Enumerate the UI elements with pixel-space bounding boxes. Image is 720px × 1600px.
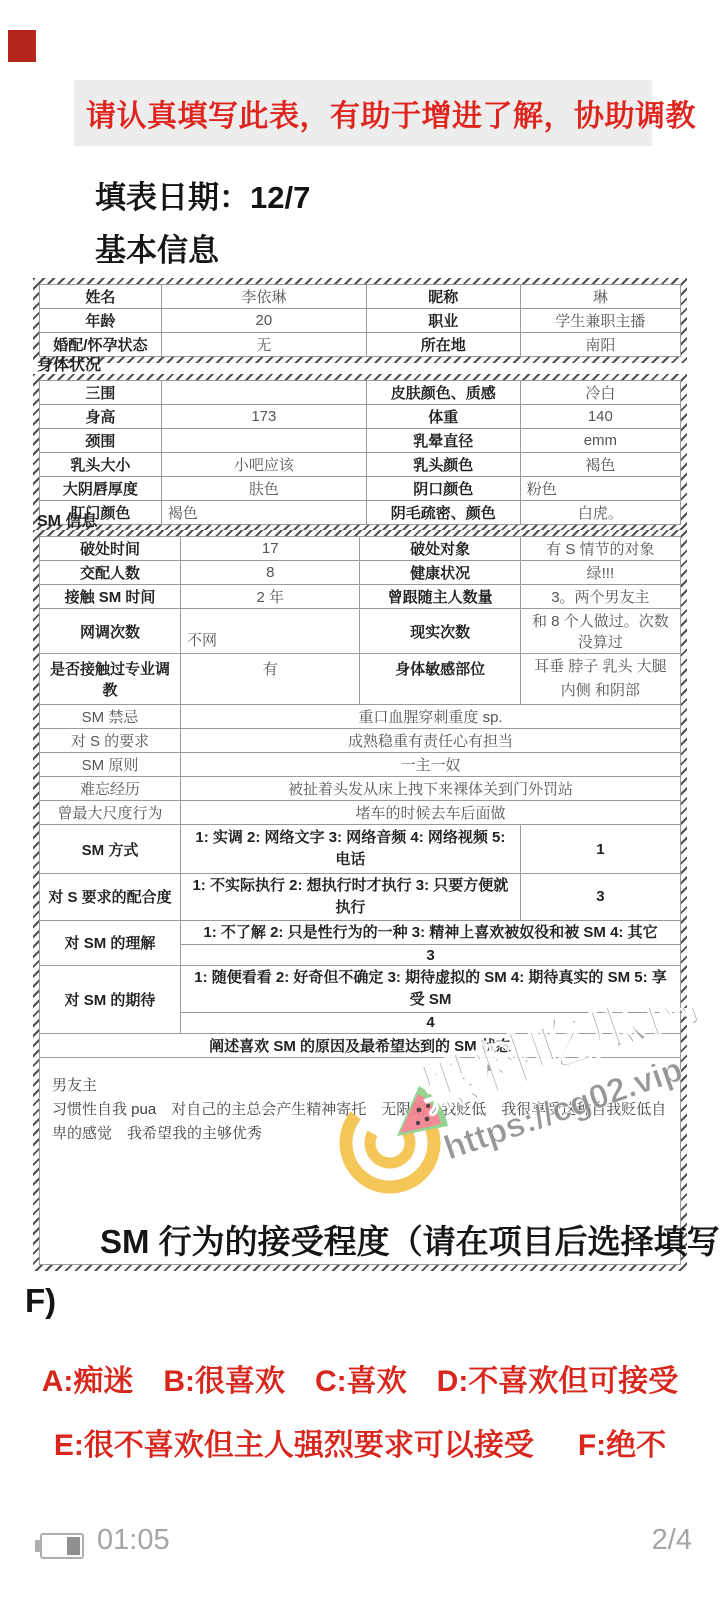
table-row: 难忘经历被扯着头发从床上拽下来裸体关到门外罚站 xyxy=(40,777,681,801)
table-cell: 不网 xyxy=(181,609,360,654)
notice-band: 请认真填写此表，有助于增进了解，协助调教 xyxy=(74,80,652,146)
table-row: 婚配/怀孕状态无所在地南阳 xyxy=(40,333,681,357)
table-cell: 3。两个男友主 xyxy=(520,585,680,609)
table-cell: 白虎。 xyxy=(520,501,680,525)
acceptance-legend-row2: E:很不喜欢但主人强烈要求可以接受 F:绝不 xyxy=(0,1420,720,1464)
table-cell: 4 xyxy=(181,1012,681,1033)
table-cell: 接触 SM 时间 xyxy=(40,585,181,609)
table-cell: 是否接触过专业调教 xyxy=(40,654,181,705)
legend-item: B:很喜欢 xyxy=(163,1356,285,1400)
table-cell: 冷白 xyxy=(520,381,680,405)
table-row: 破处时间17破处对象有 S 情节的对象 xyxy=(40,537,681,561)
battery-nub xyxy=(35,1540,40,1552)
table-cell: 小吧应该 xyxy=(161,453,366,477)
table-row: 身高173体重140 xyxy=(40,405,681,429)
table-cell: 173 xyxy=(161,405,366,429)
table-row: 肛门颜色褐色阴毛疏密、颜色白虎。 xyxy=(40,501,681,525)
sm-choice-rows: SM 方式 1: 实调 2: 网络文字 3: 网络音频 4: 网络视频 5: 电… xyxy=(40,825,681,1265)
table-cell: 琳 xyxy=(520,285,680,309)
table-cell: 1: 不实际执行 2: 想执行时才执行 3: 只要方便就执行 xyxy=(181,874,521,921)
table-cell: 无 xyxy=(161,333,366,357)
legend-item: C:喜欢 xyxy=(315,1356,407,1400)
table-row: 对 S 要求的配合度 1: 不实际执行 2: 想执行时才执行 3: 只要方便就执… xyxy=(40,874,681,921)
table-row: 大阴唇厚度肤色阴口颜色粉色 xyxy=(40,477,681,501)
table-cell: 一主一奴 xyxy=(181,753,681,777)
table-cell: 3 xyxy=(181,945,681,966)
body-condition-table: 三围皮肤颜色、质感冷白身高173体重140颈围乳晕直径emm乳头大小小吧应该乳头… xyxy=(33,374,687,531)
table-row: 对 S 的要求成熟稳重有责任心有担当 xyxy=(40,729,681,753)
acceptance-heading-line1: SM 行为的接受程度（请在项目后选择填写 A 至 xyxy=(100,1216,720,1263)
reader-time: 01:05 xyxy=(97,1524,170,1557)
table-cell: 皮肤颜色、质感 xyxy=(366,381,520,405)
section-title-sm: SM 信息 xyxy=(37,508,97,531)
table-row: 网调次数 不网 现实次数 和 8 个人做过。次数没算过 xyxy=(40,609,681,654)
table-cell: 南阳 xyxy=(520,333,680,357)
body-rows: 三围皮肤颜色、质感冷白身高173体重140颈围乳晕直径emm乳头大小小吧应该乳头… xyxy=(40,381,681,525)
table-cell: 有 xyxy=(181,654,360,705)
page-indicator: 2/4 xyxy=(652,1524,692,1557)
table-row: 三围皮肤颜色、质感冷白 xyxy=(40,381,681,405)
table-cell: SM 原则 xyxy=(40,753,181,777)
table-cell: 成熟稳重有责任心有担当 xyxy=(181,729,681,753)
table-cell: 140 xyxy=(520,405,680,429)
red-marker xyxy=(8,30,36,62)
essay-line: 习惯性自我 pua 对自己的主总会产生精神寄托 无限的自我贬低 我很享受这种自我… xyxy=(52,1098,668,1146)
table-cell: 学生兼职主播 xyxy=(520,309,680,333)
notice-text: 请认真填写此表，有助于增进了解，协助调教 xyxy=(74,91,696,135)
table-cell: 昵称 xyxy=(366,285,520,309)
table-cell: 2 年 xyxy=(181,585,360,609)
table-cell: 8 xyxy=(181,561,360,585)
reader-page[interactable]: 请认真填写此表，有助于增进了解，协助调教 填表日期：12/7 基本信息 姓名李依… xyxy=(0,0,720,1600)
table-cell: 重口血腥穿刺重度 sp. xyxy=(181,705,681,729)
table-cell: SM 禁忌 xyxy=(40,705,181,729)
sm-top-rows: 破处时间17破处对象有 S 情节的对象交配人数8健康状况绿!!!接触 SM 时间… xyxy=(40,537,681,609)
sm-table: 破处时间17破处对象有 S 情节的对象交配人数8健康状况绿!!!接触 SM 时间… xyxy=(39,536,681,1265)
table-row: 颈围乳晕直径emm xyxy=(40,429,681,453)
table-row: SM 方式 1: 实调 2: 网络文字 3: 网络音频 4: 网络视频 5: 电… xyxy=(40,825,681,874)
legend-item: A:痴迷 xyxy=(42,1356,134,1400)
table-cell: 身体敏感部位 xyxy=(360,654,520,705)
legend-item: D:不喜欢但可接受 xyxy=(437,1356,679,1400)
table-cell: 堵车的时候去车后面做 xyxy=(181,801,681,825)
acceptance-heading-line2: F) xyxy=(25,1282,56,1320)
table-cell: 交配人数 xyxy=(40,561,181,585)
table-cell: emm xyxy=(520,429,680,453)
table-cell: 破处对象 xyxy=(360,537,520,561)
table-row: 年龄20职业学生兼职主播 xyxy=(40,309,681,333)
table-cell: 三围 xyxy=(40,381,162,405)
battery-level xyxy=(67,1537,80,1555)
table-cell: 褐色 xyxy=(520,453,680,477)
table-cell: 20 xyxy=(161,309,366,333)
table-row: SM 原则一主一奴 xyxy=(40,753,681,777)
table-cell: 体重 xyxy=(366,405,520,429)
battery-icon xyxy=(40,1533,84,1559)
table-cell: 和 8 个人做过。次数没算过 xyxy=(520,609,680,654)
table-cell: 有 S 情节的对象 xyxy=(520,537,680,561)
table-cell: 曾跟随主人数量 xyxy=(360,585,520,609)
table-cell: 耳垂 脖子 乳头 大腿内侧 和阴部 xyxy=(520,654,680,705)
table-cell: 对 S 的要求 xyxy=(40,729,181,753)
sm-merged-rows: SM 禁忌重口血腥穿刺重度 sp.对 S 的要求成熟稳重有责任心有担当SM 原则… xyxy=(40,705,681,825)
table-row: 姓名李依琳昵称琳 xyxy=(40,285,681,309)
table-cell: 阴口颜色 xyxy=(366,477,520,501)
acceptance-legend-row1: A:痴迷 B:很喜欢 C:喜欢 D:不喜欢但可接受 xyxy=(0,1356,720,1400)
form-date: 填表日期：12/7 xyxy=(95,172,310,217)
section-title-body: 身体状况 xyxy=(37,352,101,375)
table-row: 曾最大尺度行为堵车的时候去车后面做 xyxy=(40,801,681,825)
table-cell: 17 xyxy=(181,537,360,561)
table-cell: 大阴唇厚度 xyxy=(40,477,162,501)
table-cell: 李依琳 xyxy=(161,285,366,309)
table-cell: 网调次数 xyxy=(40,609,181,654)
table-cell: 乳头颜色 xyxy=(366,453,520,477)
table-cell: 1 xyxy=(520,825,680,874)
table-cell: 3 xyxy=(520,874,680,921)
table-cell: 粉色 xyxy=(520,477,680,501)
body-table: 三围皮肤颜色、质感冷白身高173体重140颈围乳晕直径emm乳头大小小吧应该乳头… xyxy=(39,380,681,525)
table-cell: 被扯着头发从床上拽下来裸体关到门外罚站 xyxy=(181,777,681,801)
basic-info-table: 姓名李依琳昵称琳年龄20职业学生兼职主播婚配/怀孕状态无所在地南阳 xyxy=(33,278,687,363)
table-cell: 乳晕直径 xyxy=(366,429,520,453)
table-cell: 1: 实调 2: 网络文字 3: 网络音频 4: 网络视频 5: 电话 xyxy=(181,825,521,874)
table-cell: 乳头大小 xyxy=(40,453,162,477)
table-row: 是否接触过专业调教 有 身体敏感部位 耳垂 脖子 乳头 大腿内侧 和阴部 xyxy=(40,654,681,705)
basic-table: 姓名李依琳昵称琳年龄20职业学生兼职主播婚配/怀孕状态无所在地南阳 xyxy=(39,284,681,357)
table-cell: 现实次数 xyxy=(360,609,520,654)
table-cell: 颈围 xyxy=(40,429,162,453)
table-cell: 对 SM 的理解 xyxy=(40,920,181,966)
legend-item: F:绝不 xyxy=(578,1420,666,1464)
table-row: 对 SM 的期待 1: 随便看看 2: 好奇但不确定 3: 期待虚拟的 SM 4… xyxy=(40,966,681,1013)
table-cell: 破处时间 xyxy=(40,537,181,561)
section-title-basic: 基本信息 xyxy=(95,225,219,270)
table-cell: 健康状况 xyxy=(360,561,520,585)
essay-line: 男友主 xyxy=(52,1074,668,1098)
essay-prompt: 阐述喜欢 SM 的原因及最希望达到的 SM 状态 xyxy=(40,1033,681,1057)
table-row: SM 禁忌重口血腥穿刺重度 sp. xyxy=(40,705,681,729)
table-cell: SM 方式 xyxy=(40,825,181,874)
table-cell: 对 SM 的期待 xyxy=(40,966,181,1034)
table-row: 对 SM 的理解 1: 不了解 2: 只是性行为的一种 3: 精神上喜欢被奴役和… xyxy=(40,920,681,945)
sm-special-rows: 网调次数 不网 现实次数 和 8 个人做过。次数没算过 是否接触过专业调教 有 … xyxy=(40,609,681,705)
table-row: 接触 SM 时间2 年曾跟随主人数量3。两个男友主 xyxy=(40,585,681,609)
table-cell: 1: 随便看看 2: 好奇但不确定 3: 期待虚拟的 SM 4: 期待真实的 S… xyxy=(181,966,681,1013)
table-cell: 阴毛疏密、颜色 xyxy=(366,501,520,525)
table-cell: 职业 xyxy=(366,309,520,333)
table-cell: 身高 xyxy=(40,405,162,429)
table-cell: 肤色 xyxy=(161,477,366,501)
table-cell: 对 S 要求的配合度 xyxy=(40,874,181,921)
table-cell: 所在地 xyxy=(366,333,520,357)
table-cell: 褐色 xyxy=(161,501,366,525)
table-cell xyxy=(161,381,366,405)
table-row: 阐述喜欢 SM 的原因及最希望达到的 SM 状态 xyxy=(40,1033,681,1057)
table-row: 交配人数8健康状况绿!!! xyxy=(40,561,681,585)
legend-item: E:很不喜欢但主人强烈要求可以接受 xyxy=(54,1420,534,1464)
table-cell: 绿!!! xyxy=(520,561,680,585)
table-cell: 难忘经历 xyxy=(40,777,181,801)
table-row: 乳头大小小吧应该乳头颜色褐色 xyxy=(40,453,681,477)
table-cell xyxy=(161,429,366,453)
table-cell: 年龄 xyxy=(40,309,162,333)
basic-rows: 姓名李依琳昵称琳年龄20职业学生兼职主播婚配/怀孕状态无所在地南阳 xyxy=(40,285,681,357)
table-cell: 曾最大尺度行为 xyxy=(40,801,181,825)
table-cell: 1: 不了解 2: 只是性行为的一种 3: 精神上喜欢被奴役和被 SM 4: 其… xyxy=(181,920,681,945)
sm-info-table: 破处时间17破处对象有 S 情节的对象交配人数8健康状况绿!!!接触 SM 时间… xyxy=(33,530,687,1271)
table-cell: 姓名 xyxy=(40,285,162,309)
